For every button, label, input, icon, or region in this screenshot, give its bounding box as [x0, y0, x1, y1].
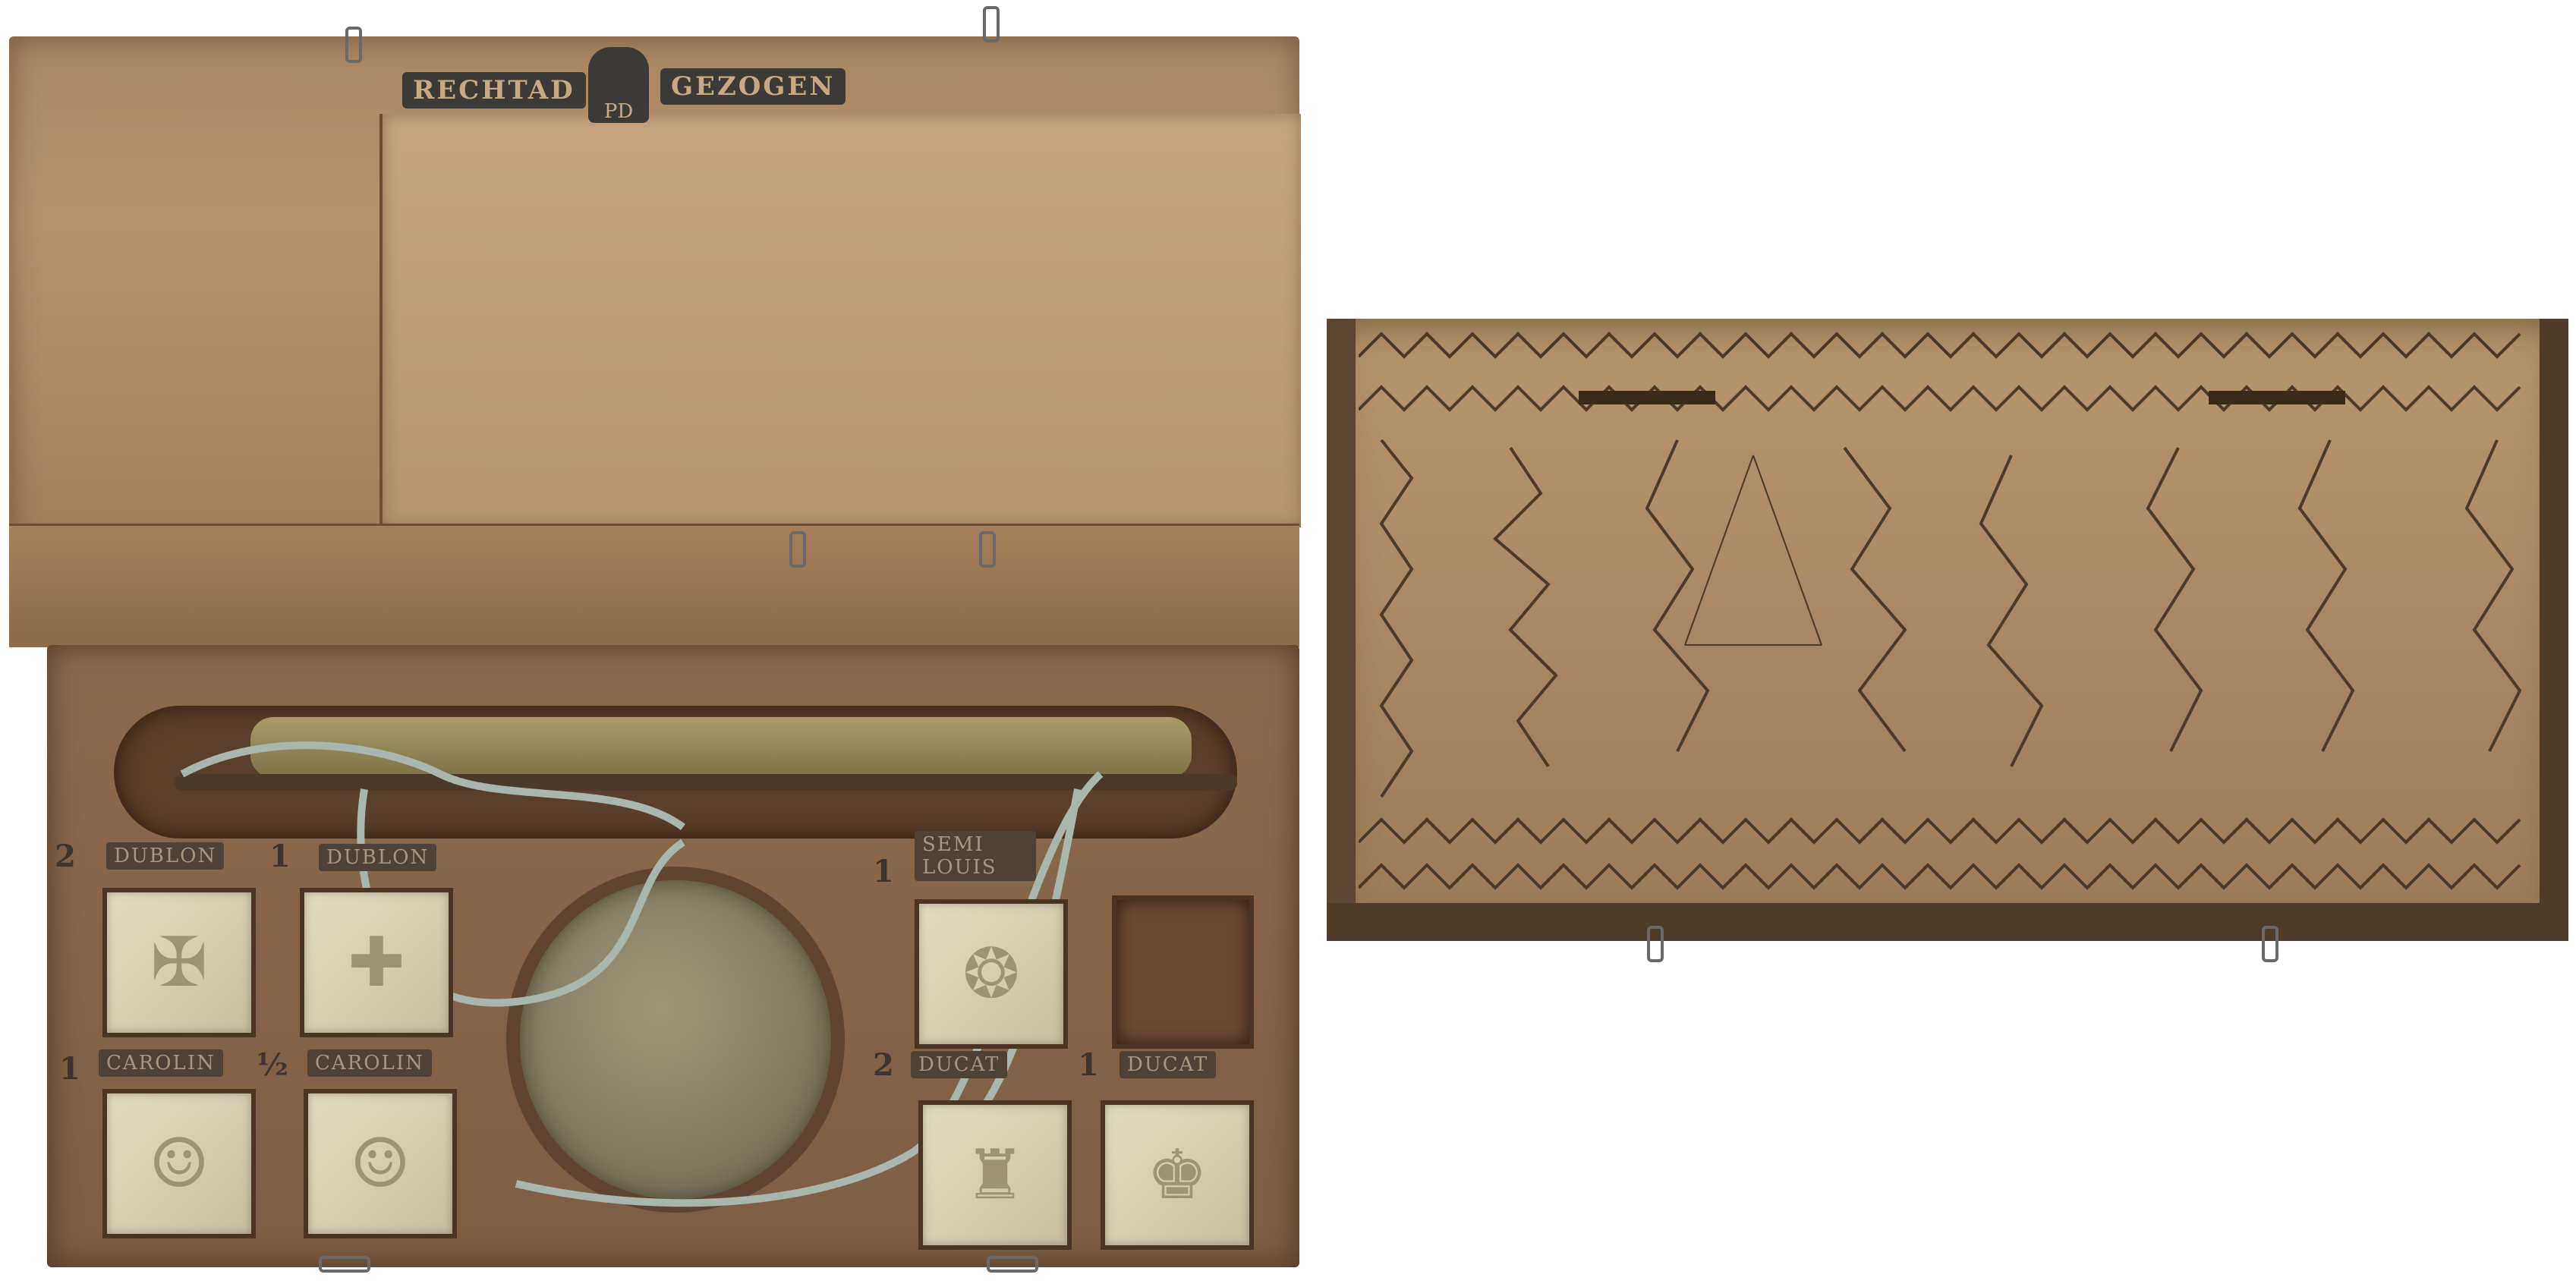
coin-weight-2-ducat[interactable]: ♜: [918, 1100, 1072, 1250]
portrait-emblem-icon: ☺: [149, 1124, 210, 1204]
weight-label: DUCAT: [911, 1051, 1007, 1078]
lid-stamp-crest: PD: [588, 47, 649, 123]
cross-emblem-icon: ✚: [348, 923, 405, 1002]
carved-zigzag-pattern-icon: [1359, 326, 2535, 903]
lid-stamp-right: GEZOGEN: [660, 68, 846, 105]
clasp-icon: [987, 1256, 1038, 1273]
lid-side-edge: [2540, 319, 2568, 941]
coin-weight-semi-louis[interactable]: ❂: [915, 899, 1068, 1049]
weight-count: 1: [269, 839, 291, 874]
empty-weight-slot: [1112, 895, 1254, 1049]
lid-sliding-panel: [379, 114, 1301, 527]
weight-label: CAROLIN: [99, 1049, 223, 1077]
weight-count: 1: [1078, 1047, 1099, 1083]
hinge-icon: [983, 6, 1000, 42]
weight-label: DUBLON: [319, 844, 436, 871]
weight-count: 2: [55, 839, 76, 874]
coin-weight-1-carolin[interactable]: ☺: [102, 1089, 256, 1238]
cross-emblem-icon: ✠: [150, 923, 207, 1002]
shield-emblem-icon: ❂: [962, 934, 1019, 1014]
weight-count: 1: [59, 1051, 80, 1087]
hinge-icon: [2262, 926, 2278, 962]
figure-emblem-icon: ♜: [965, 1135, 1026, 1215]
lid-stamp-left: RECHTAD: [402, 72, 586, 109]
weight-label: DUCAT: [1120, 1051, 1216, 1078]
weight-count: 1: [873, 854, 894, 889]
figure-emblem-icon: ♚: [1147, 1135, 1208, 1215]
weight-label: CAROLIN: [307, 1049, 432, 1077]
weight-count: ½: [257, 1047, 288, 1083]
coin-weight-1-ducat[interactable]: ♚: [1101, 1100, 1254, 1250]
weight-count: 2: [873, 1047, 894, 1083]
hinge-icon: [1647, 926, 1664, 962]
clasp-icon: [319, 1256, 370, 1273]
weight-label: SEMI LOUIS: [915, 831, 1036, 881]
weight-label: DUBLON: [106, 842, 224, 870]
lid-side-edge: [1327, 319, 1356, 941]
coin-weight-half-carolin[interactable]: ☺: [304, 1089, 457, 1238]
hook-icon: [789, 531, 806, 568]
portrait-emblem-icon: ☺: [350, 1124, 411, 1204]
lid-hinge-strip: [9, 524, 1299, 647]
coin-weight-2-dublon[interactable]: ✠: [102, 888, 256, 1037]
hook-icon: [979, 531, 996, 568]
hinge-icon: [345, 27, 362, 63]
lid-bottom-edge: [1327, 903, 2568, 941]
coin-weight-1-dublon[interactable]: ✚: [300, 888, 453, 1037]
